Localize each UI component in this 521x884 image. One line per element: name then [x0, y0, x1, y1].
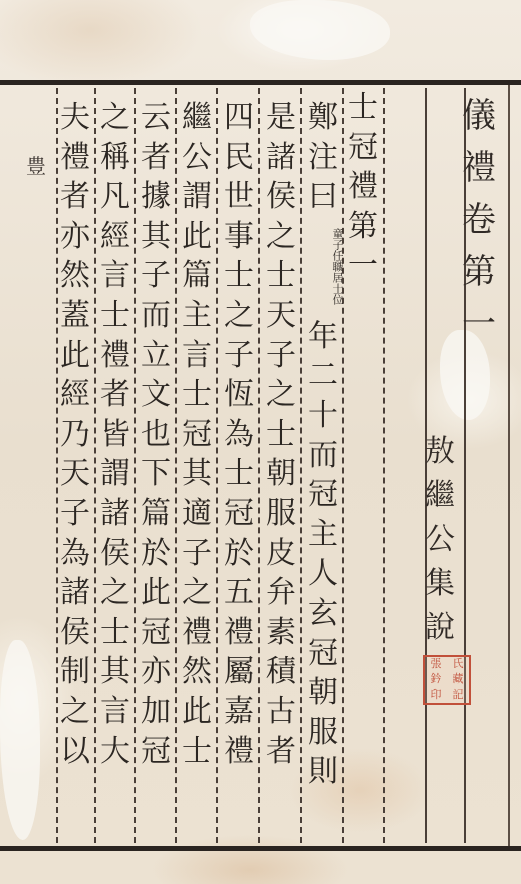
text-char: 制	[55, 652, 95, 692]
text-char	[343, 130, 383, 170]
text-char: 云	[136, 98, 176, 138]
text-char: 然	[177, 652, 217, 692]
right-border-line	[508, 85, 510, 846]
text-char: 子	[177, 534, 217, 574]
text-char: 之	[95, 98, 135, 138]
author-char: 說	[418, 606, 462, 650]
author-char: 公	[418, 518, 462, 562]
text-char: 一	[343, 246, 383, 286]
text-char: 士	[177, 375, 217, 415]
text-char: 天	[261, 296, 301, 336]
author-char: 繼	[418, 474, 462, 518]
text-char	[343, 170, 383, 210]
text-column-6: 云 者 據 其 子 而 立 文 也 下 篇 於 此 冠 亦 加 冠	[136, 98, 176, 771]
text-char: 者	[55, 177, 95, 217]
text-char: 冠	[136, 732, 176, 772]
text-char: 言	[95, 256, 135, 296]
text-char: 之	[55, 692, 95, 732]
text-char	[343, 209, 383, 249]
seal-char: 印	[425, 688, 447, 703]
text-char: 其	[177, 454, 217, 494]
text-char: 士	[261, 415, 301, 455]
text-char: 主	[177, 296, 217, 336]
text-char: 年	[303, 317, 343, 357]
text-char: 也	[136, 415, 176, 455]
text-char: 之	[261, 375, 301, 415]
text-char: 則	[303, 752, 343, 792]
text-char: 禮	[55, 138, 95, 178]
text-char: 適	[177, 494, 217, 534]
text-char: 其	[136, 217, 176, 257]
text-char: 稱	[95, 138, 135, 178]
text-char: 弁	[261, 573, 301, 613]
text-char: 鄭	[303, 98, 343, 138]
margin-char: 豊	[24, 150, 48, 179]
text-char: 夫	[55, 98, 95, 138]
text-char: 侯	[55, 613, 95, 653]
text-char: 於	[219, 534, 259, 574]
text-char: 以	[55, 732, 95, 772]
text-char: 冠	[136, 613, 176, 653]
text-char: 士	[177, 732, 217, 772]
text-char: 士	[343, 88, 383, 128]
text-char: 曰	[303, 177, 343, 217]
text-char: 侯	[261, 177, 301, 217]
text-char-small: 童子任職居士位	[303, 217, 343, 317]
text-char: 此	[177, 217, 217, 257]
text-column-7: 之 稱 凡 經 言 士 禮 者 皆 謂 諸 侯 之 士 其 言 大	[95, 98, 135, 771]
text-char: 之	[261, 217, 301, 257]
title-char: 第	[458, 246, 500, 298]
text-char: 禮	[219, 732, 259, 772]
text-char: 篇	[136, 494, 176, 534]
text-char: 繼	[177, 98, 217, 138]
text-column-zheng: 鄭 注 曰 童子任職居士位 年 二 十 而 冠 主 人 玄 冠 朝 服 則	[303, 98, 343, 792]
text-char: 冠	[177, 415, 217, 455]
text-char: 之	[177, 573, 217, 613]
text-char: 乃	[55, 415, 95, 455]
text-char: 士	[219, 256, 259, 296]
text-char: 禮	[219, 613, 259, 653]
text-column-5: 繼 公 謂 此 篇 主 言 士 冠 其 適 子 之 禮 然 此 士	[177, 98, 217, 771]
paper-damage	[250, 0, 390, 60]
text-char: 嘉	[219, 692, 259, 732]
text-char: 士	[219, 454, 259, 494]
text-char: 屬	[219, 652, 259, 692]
text-char: 冠	[303, 634, 343, 674]
text-char: 侯	[95, 534, 135, 574]
text-char: 服	[261, 494, 301, 534]
text-char: 事	[219, 217, 259, 257]
text-char: 禮	[95, 336, 135, 376]
text-char: 朝	[261, 454, 301, 494]
title-char: 一	[458, 298, 500, 350]
text-char: 諸	[261, 138, 301, 178]
title-column: 儀 禮 卷 第 一	[458, 90, 500, 350]
text-char: 之	[95, 573, 135, 613]
text-char: 此	[55, 336, 95, 376]
author-char: 敖	[418, 430, 462, 474]
text-char: 此	[177, 692, 217, 732]
title-char: 卷	[458, 194, 500, 246]
text-char: 經	[95, 217, 135, 257]
text-char: 諸	[95, 494, 135, 534]
text-char: 子	[219, 336, 259, 376]
column-divider	[383, 88, 385, 843]
text-char: 人	[303, 554, 343, 594]
bottom-border-rule	[0, 846, 521, 851]
text-char: 者	[136, 138, 176, 178]
text-char: 玄	[303, 594, 343, 634]
text-char: 士	[261, 256, 301, 296]
text-char: 素	[261, 613, 301, 653]
text-char: 古	[261, 692, 301, 732]
seal-char: 張	[425, 657, 447, 672]
seal-char: 藏	[447, 672, 469, 687]
text-char: 五	[219, 573, 259, 613]
text-char: 為	[55, 534, 95, 574]
text-char: 公	[177, 138, 217, 178]
text-char: 士	[95, 296, 135, 336]
text-char: 主	[303, 515, 343, 555]
text-char: 二	[303, 356, 343, 396]
text-column-2	[343, 130, 383, 249]
text-char: 天	[55, 454, 95, 494]
text-char: 子	[136, 256, 176, 296]
text-char: 謂	[177, 177, 217, 217]
text-char: 積	[261, 652, 301, 692]
text-char: 為	[219, 415, 259, 455]
text-char: 經	[55, 375, 95, 415]
text-char: 世	[219, 177, 259, 217]
text-char: 於	[136, 534, 176, 574]
seal-char: 記	[447, 688, 469, 703]
text-char: 是	[261, 98, 301, 138]
text-char: 蓋	[55, 296, 95, 336]
text-char: 冠	[303, 475, 343, 515]
author-char: 集	[418, 562, 462, 606]
author-column: 敖 繼 公 集 說	[418, 430, 462, 650]
text-char: 十	[303, 396, 343, 436]
text-char: 加	[136, 692, 176, 732]
text-char: 子	[55, 494, 95, 534]
text-char: 之	[219, 296, 259, 336]
text-column-8: 夫 禮 者 亦 然 蓋 此 經 乃 天 子 為 諸 侯 制 之 以	[55, 98, 95, 771]
text-char: 服	[303, 713, 343, 753]
text-char: 而	[136, 296, 176, 336]
text-char: 文	[136, 375, 176, 415]
text-char: 諸	[55, 573, 95, 613]
text-char: 者	[261, 732, 301, 772]
text-char: 亦	[136, 652, 176, 692]
text-char: 注	[303, 138, 343, 178]
text-char: 亦	[55, 217, 95, 257]
text-char: 恆	[219, 375, 259, 415]
text-char: 謂	[95, 454, 135, 494]
text-char: 然	[55, 256, 95, 296]
text-char: 言	[177, 336, 217, 376]
text-char: 者	[95, 375, 135, 415]
text-char: 子	[261, 336, 301, 376]
paper-damage	[0, 640, 40, 840]
text-char: 篇	[177, 256, 217, 296]
text-char: 立	[136, 336, 176, 376]
title-char: 儀	[458, 90, 500, 142]
text-column-4: 四 民 世 事 士 之 子 恆 為 士 冠 於 五 禮 屬 嘉 禮	[219, 98, 259, 771]
scanned-page: 儀 禮 卷 第 一 敖 繼 公 集 說 張 氏 鈐 藏 印 記 士 冠 禮 第 …	[0, 0, 521, 884]
text-char: 此	[136, 573, 176, 613]
text-char: 皆	[95, 415, 135, 455]
text-char: 四	[219, 98, 259, 138]
text-column-3: 是 諸 侯 之 士 天 子 之 士 朝 服 皮 弁 素 積 古 者	[261, 98, 301, 771]
text-char: 凡	[95, 177, 135, 217]
seal-char: 氏	[447, 657, 469, 672]
seal-char: 鈐	[425, 672, 447, 687]
top-border-rule	[0, 80, 521, 85]
text-char: 冠	[219, 494, 259, 534]
collector-seal: 張 氏 鈐 藏 印 記	[423, 655, 471, 705]
text-char: 禮	[177, 613, 217, 653]
text-char: 皮	[261, 534, 301, 574]
text-char: 而	[303, 436, 343, 476]
text-char: 大	[95, 732, 135, 772]
text-char: 士	[95, 613, 135, 653]
text-char: 其	[95, 652, 135, 692]
title-char: 禮	[458, 142, 500, 194]
text-char: 民	[219, 138, 259, 178]
text-char: 下	[136, 454, 176, 494]
text-char: 朝	[303, 673, 343, 713]
text-char: 言	[95, 692, 135, 732]
text-char: 據	[136, 177, 176, 217]
